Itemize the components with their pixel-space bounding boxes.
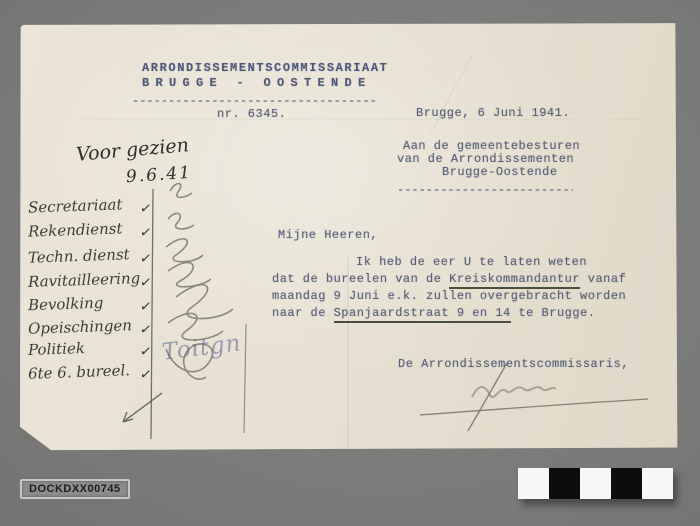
salutation: Mijne Heeren, xyxy=(278,228,378,242)
check-mark: ✓ xyxy=(139,365,153,383)
handwritten-seen-date: 9.6.41 xyxy=(125,163,192,188)
calibration-square-black xyxy=(549,468,580,499)
body-line2-pre: dat de bureelen van de xyxy=(272,272,449,286)
kreiskommandantur-underlined: Kreiskommandantur xyxy=(449,272,580,289)
department-row: Politiek xyxy=(28,339,85,359)
calibration-square-black xyxy=(611,468,642,499)
department-row: Opeischingen xyxy=(28,316,133,338)
department-row: Bevolking xyxy=(28,294,104,315)
department-row: Rekendienst xyxy=(28,219,123,240)
addressee-line3: Brugge-Oostende xyxy=(442,165,558,179)
body-line4-pre: naar de xyxy=(272,306,334,320)
department-row: Techn. dienst xyxy=(28,245,130,267)
check-mark: ✓ xyxy=(139,273,153,291)
addressee-divider: -------------------------- xyxy=(397,183,573,197)
org-name-line2: BRUGGE - OOSTENDE xyxy=(142,76,372,90)
body-line2: dat de bureelen van de Kreiskommandantur… xyxy=(272,272,626,286)
calibration-bar xyxy=(518,468,673,499)
check-mark: ✓ xyxy=(139,249,153,267)
blue-pencil-paraph: Toitgn xyxy=(161,330,243,366)
check-mark: ✓ xyxy=(139,320,153,338)
signature-scribble xyxy=(420,363,648,431)
body-line3: maandag 9 Juni e.k. zullen overgebracht … xyxy=(272,289,626,303)
department-row: Ravitailleering xyxy=(28,269,141,291)
calibration-square-white xyxy=(518,468,549,499)
check-mark: ✓ xyxy=(139,199,153,217)
body-line4: naar de Spanjaardstraat 9 en 14 te Brugg… xyxy=(272,306,595,320)
body-line1: Ik heb de eer U te laten weten xyxy=(356,255,587,269)
check-mark: ✓ xyxy=(139,223,153,241)
org-name-line1: ARRONDISSEMENTSCOMMISSARIAAT xyxy=(142,61,388,75)
photo-background: ARRONDISSEMENTSCOMMISSARIAAT BRUGGE - OO… xyxy=(0,0,700,526)
document-photo: ARRONDISSEMENTSCOMMISSARIAAT BRUGGE - OO… xyxy=(20,21,678,451)
closing-line: De Arrondissementscommissaris, xyxy=(398,357,629,371)
department-row: Secretariaat xyxy=(28,195,123,216)
body-line2-post: vanaf xyxy=(580,272,626,286)
check-mark: ✓ xyxy=(139,342,153,360)
body-line4-post: te Brugge. xyxy=(511,306,596,320)
reference-number: nr. 6345. xyxy=(217,107,286,121)
check-mark: ✓ xyxy=(139,297,153,315)
department-row: 6te 6. bureel. xyxy=(28,361,131,383)
arrow-mark xyxy=(123,393,162,422)
catalog-label: DOCKDXX00745 xyxy=(20,479,130,499)
calibration-square-white xyxy=(580,468,611,499)
calibration-square-white xyxy=(642,468,673,499)
letterhead-divider: ------------------------------------ xyxy=(132,94,376,108)
dateline: Brugge, 6 Juni 1941. xyxy=(416,106,570,120)
routing-column-line xyxy=(244,324,246,433)
handwritten-seen-note: Voor gezien xyxy=(75,134,189,166)
paper-crease xyxy=(429,56,473,136)
addressee-line2: van de Arrondissementen xyxy=(397,152,574,166)
address-underlined: Spanjaardstraat 9 en 14 xyxy=(334,306,511,323)
addressee-line1: Aan de gemeentebesturen xyxy=(403,139,580,153)
